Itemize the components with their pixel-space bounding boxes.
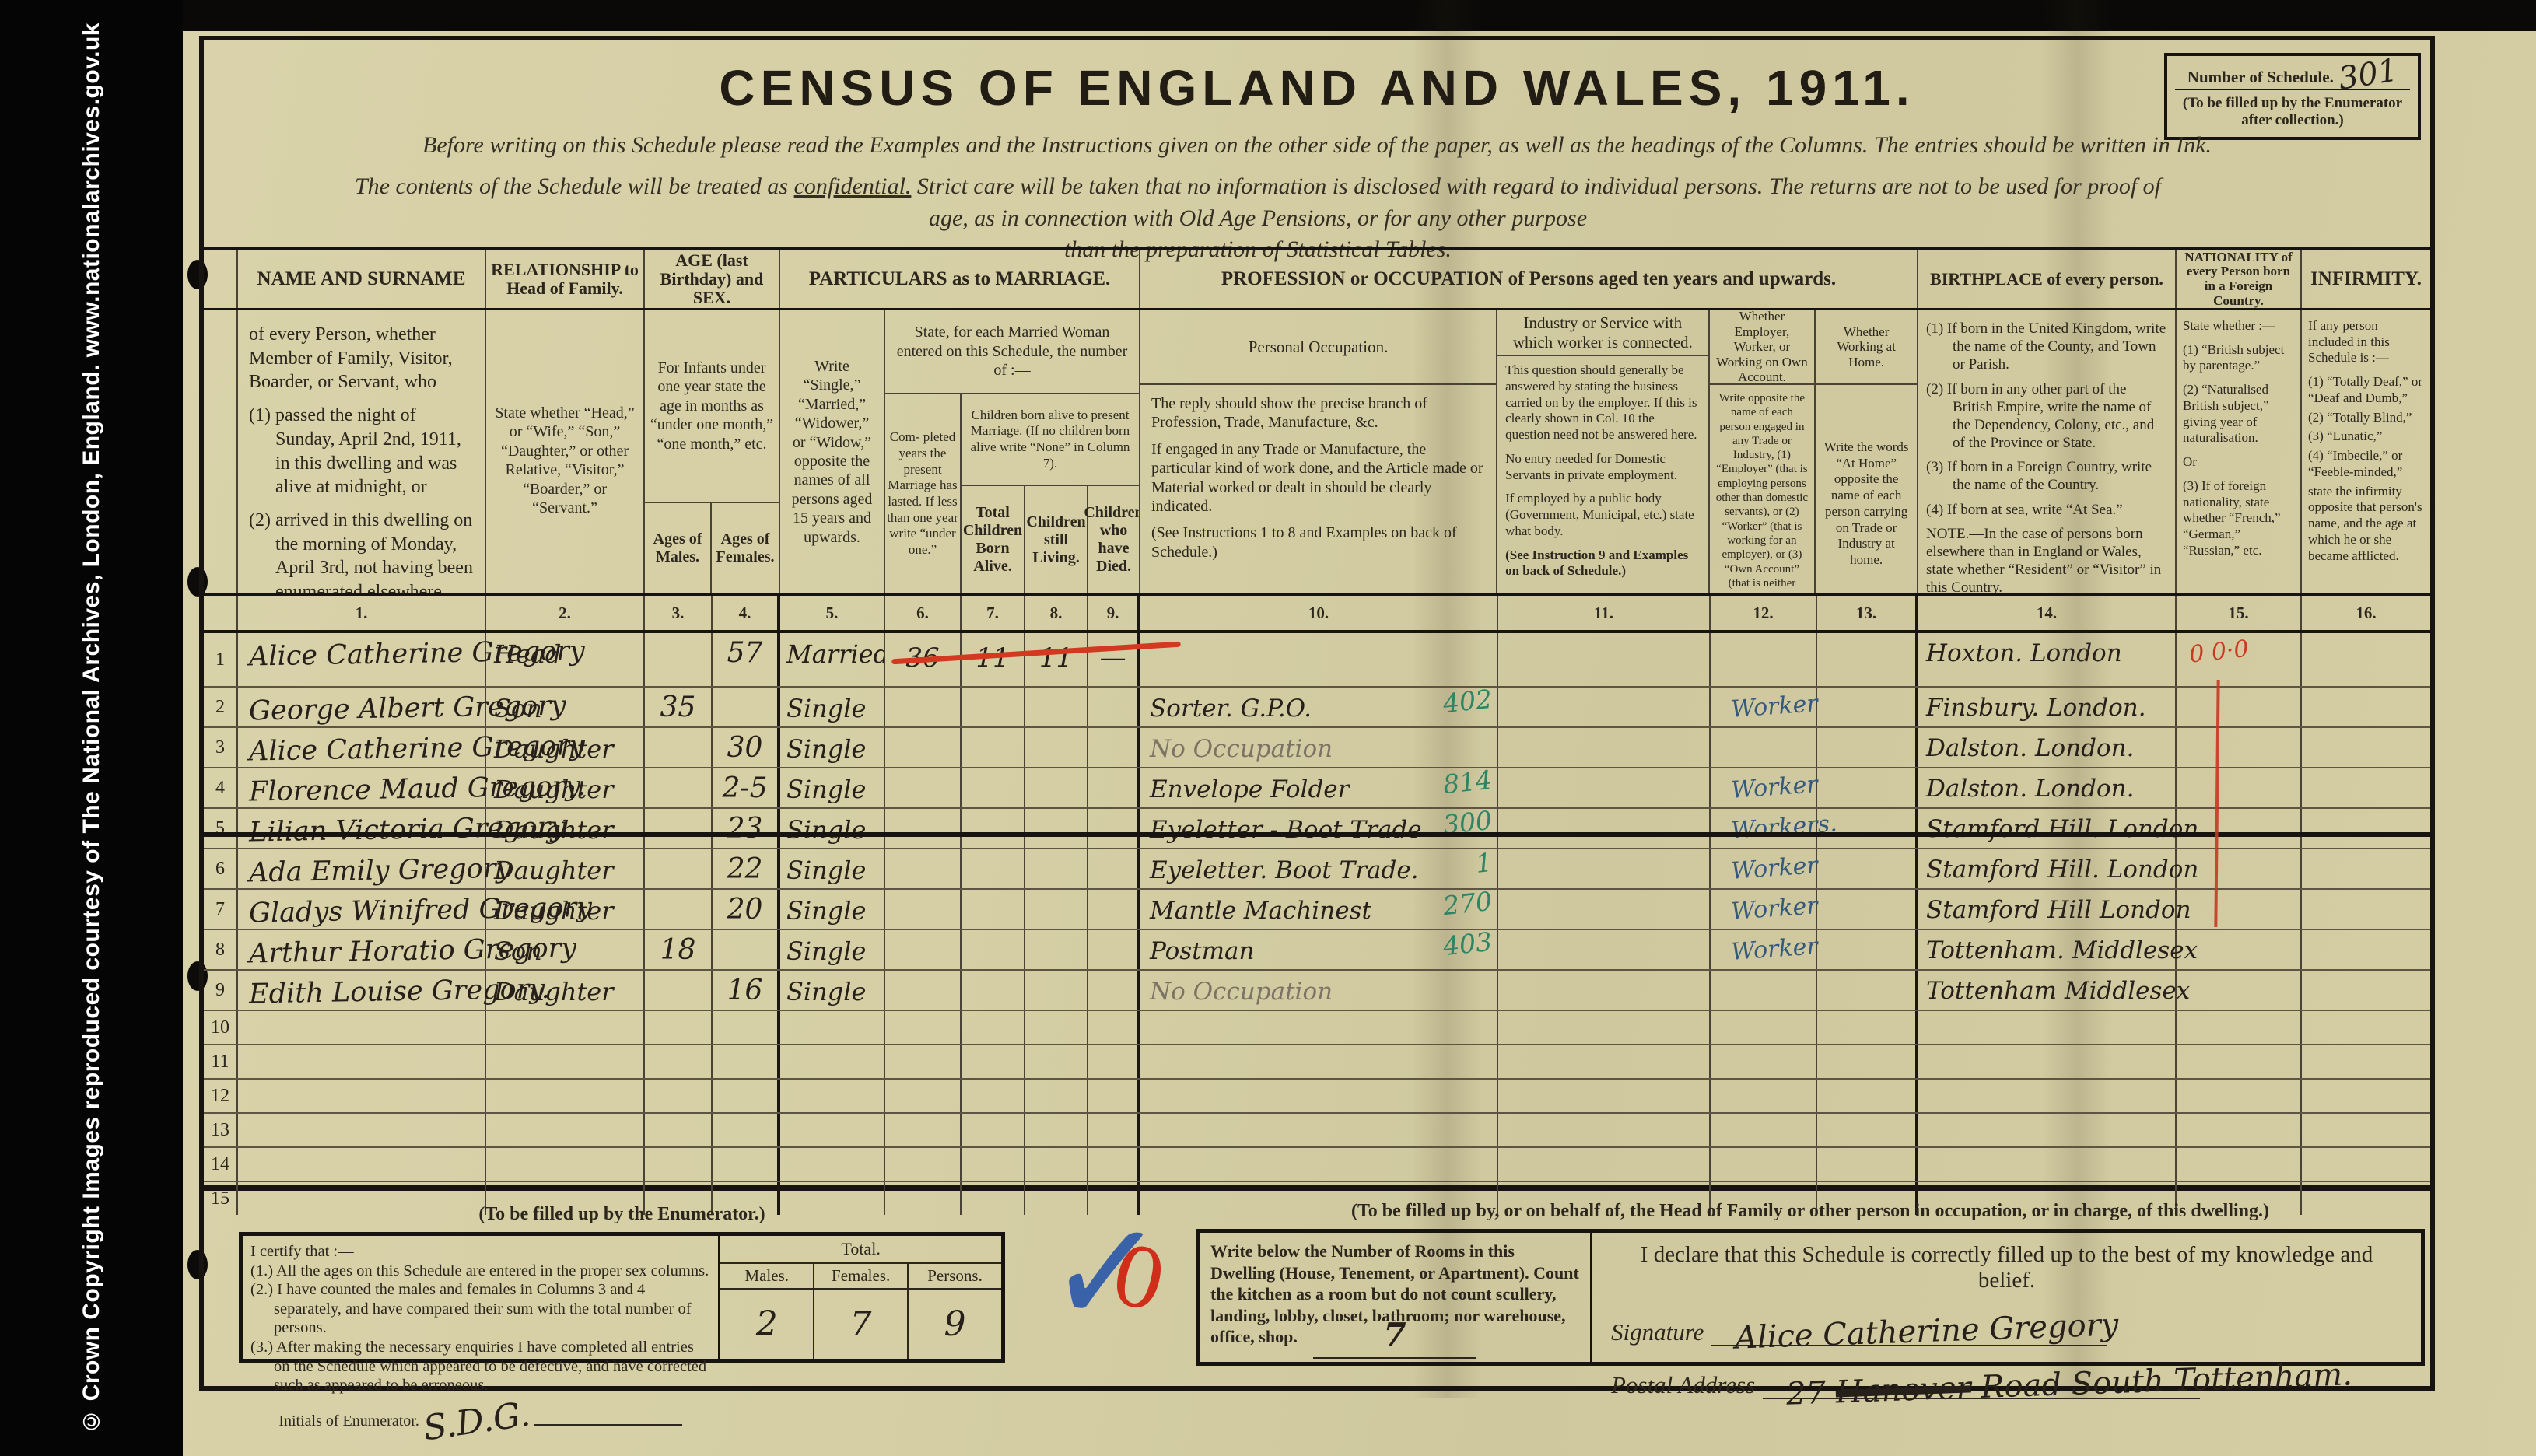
table-row-empty: 13 bbox=[204, 1114, 2430, 1148]
marriage-write-label: Write “Single,” “Married,” “Widower,” or… bbox=[780, 310, 885, 593]
cell-employer-status: Worker bbox=[1710, 765, 1817, 805]
cell-relationship: Daughter bbox=[486, 971, 643, 1006]
birthplace-p4: (4) If born at sea, write “At Sea.” bbox=[1926, 501, 2167, 519]
postal-street: Road South Tottenham. bbox=[1981, 1356, 2353, 1405]
occupation-p2: If engaged in any Trade or Manufacture, … bbox=[1151, 440, 1485, 516]
copyright-strip: © Crown Copyright Images reproduced cour… bbox=[0, 0, 183, 1456]
cell-name: George Albert Gregory bbox=[238, 685, 485, 727]
colnum-15: 15. bbox=[2177, 596, 2302, 630]
name-intro: of every Person, whether Member of Famil… bbox=[249, 323, 475, 394]
declaration-text: I declare that this Schedule is correctl… bbox=[1611, 1242, 2402, 1293]
row-number: 7 bbox=[204, 890, 238, 929]
nationality-column-instructions: State whether :— (1) “British subject by… bbox=[2177, 310, 2302, 593]
cell-age-female: 30 bbox=[713, 728, 777, 764]
completed-years-label: Com- pleted years the present Marriage h… bbox=[885, 394, 962, 593]
row-number: 5 bbox=[204, 809, 238, 848]
col-age-header: AGE (last Birthday) and SEX. bbox=[645, 250, 780, 308]
colnum-1: 1. bbox=[238, 596, 486, 630]
table-row: 2 George Albert Gregory Son 35 Single So… bbox=[204, 688, 2430, 728]
table-row: 4 Florence Maud Gregory. Daughter 2-5 Si… bbox=[204, 768, 2430, 809]
row-number: 12 bbox=[204, 1080, 238, 1112]
age-body: For Infants under one year state the age… bbox=[645, 310, 779, 502]
row-number: 13 bbox=[204, 1114, 238, 1146]
cell-relationship: Son bbox=[486, 930, 643, 966]
scanned-census-page: © Crown Copyright Images reproduced cour… bbox=[0, 0, 2536, 1456]
cell-occupation-code: 1 bbox=[1474, 847, 1494, 879]
confidential-pre: The contents of the Schedule will be tre… bbox=[355, 173, 794, 199]
cell-occupation: No Occupation bbox=[1140, 971, 1497, 1006]
males-label: Males. bbox=[720, 1264, 813, 1290]
signature-rule: Alice Catherine Gregory bbox=[1711, 1309, 2107, 1346]
table-row-empty: 12 bbox=[204, 1080, 2430, 1114]
table-row: 6 Ada Emily Gregory Daughter 22 Single E… bbox=[204, 849, 2430, 890]
athome-title: Whether Working at Home. bbox=[1816, 310, 1917, 385]
birthplace-p1: (1) If born in the United Kingdom, write… bbox=[1926, 320, 2167, 374]
cell-marital: Married bbox=[780, 633, 884, 669]
cell-marital: Single bbox=[780, 688, 884, 723]
row-number: 3 bbox=[204, 728, 238, 767]
signature-label: Signature bbox=[1611, 1318, 1704, 1346]
cell-birthplace: Hoxton. London bbox=[1918, 633, 2175, 667]
birthplace-note: NOTE.—In the case of persons born elsewh… bbox=[1926, 525, 2167, 593]
initials-label: Initials of Enumerator. bbox=[278, 1412, 419, 1430]
occupation-p1: The reply should show the precise branch… bbox=[1151, 394, 1485, 432]
children-living-label: Children still Living. bbox=[1025, 486, 1088, 593]
cell-occupation-code: 403 bbox=[1441, 926, 1494, 961]
relationship-column-instructions: State whether “Head,” or “Wife,” “Son,” … bbox=[486, 310, 645, 593]
row-number: 9 bbox=[204, 971, 238, 1010]
cell-name: Gladys Winifred Gregory bbox=[238, 887, 485, 929]
declaration-area: I declare that this Schedule is correctl… bbox=[1592, 1233, 2421, 1362]
employer-title: Whether Employer, Worker, or Working on … bbox=[1710, 310, 1815, 385]
ages-of-males-label: Ages of Males. bbox=[645, 503, 712, 593]
females-value: 7 bbox=[850, 1304, 872, 1344]
cell-birthplace: Tottenham Middlesex bbox=[1918, 971, 2175, 1005]
census-paper: Number of Schedule. 301 (To be filled up… bbox=[183, 0, 2536, 1456]
table-group-header-row: NAME AND SURNAME RELATIONSHIP to Head of… bbox=[204, 250, 2430, 310]
colnum-7: 7. bbox=[962, 596, 1025, 630]
table-row: 5 Lilian Victoria Gregory Daughter 23 Si… bbox=[204, 809, 2430, 849]
cell-relationship: Daughter bbox=[486, 768, 643, 804]
children-died-label: Children who have Died. bbox=[1088, 486, 1139, 593]
postal-struck-word: Hanover bbox=[1835, 1370, 1971, 1410]
birthplace-p2: (2) If born in any other part of the Bri… bbox=[1926, 380, 2167, 453]
row-number: 6 bbox=[204, 849, 238, 888]
initials-value: S.D.G. bbox=[421, 1394, 533, 1449]
cell-age-female: 57 bbox=[713, 633, 777, 669]
colnum-14: 14. bbox=[1918, 596, 2177, 630]
cell-name: Alice Catherine Gregory bbox=[238, 726, 485, 768]
colnum-5: 5. bbox=[780, 596, 885, 630]
marriage-column-instructions: Write “Single,” “Married,” “Widower,” or… bbox=[780, 310, 1140, 593]
infirmity-p2: (2) “Totally Blind,” bbox=[2308, 410, 2424, 426]
colnum-4: 4. bbox=[713, 596, 780, 630]
table-row: 8 Arthur Horatio Gregory Son 18 Single P… bbox=[204, 930, 2430, 971]
cell-occupation-code: 270 bbox=[1441, 886, 1494, 921]
males-value: 2 bbox=[756, 1304, 778, 1344]
totals-females-column: Females. 7 bbox=[814, 1264, 909, 1359]
cell-occupation-code: 814 bbox=[1441, 765, 1494, 800]
cell-name: Alice Catherine Gregory bbox=[238, 631, 485, 673]
cell-birthplace: Finsbury. London. bbox=[1918, 688, 2175, 722]
cell-nationality-red-mark: 0 0·0 bbox=[2175, 627, 2301, 670]
initials-rule bbox=[534, 1419, 682, 1426]
table-row: 7 Gladys Winifred Gregory Daughter 20 Si… bbox=[204, 890, 2430, 930]
colnum-3: 3. bbox=[645, 596, 713, 630]
persons-value: 9 bbox=[944, 1304, 966, 1344]
industry-p4: (See Instruction 9 and Examples on back … bbox=[1505, 548, 1700, 579]
cell-children-died: — bbox=[1088, 633, 1137, 674]
totals-persons-column: Persons. 9 bbox=[909, 1264, 1001, 1359]
col-nationality-header: NATIONALITY of every Person born in a Fo… bbox=[2177, 250, 2302, 308]
postal-address-value: 27 Hanover Road South Tottenham. bbox=[1786, 1356, 2353, 1412]
industry-title: Industry or Service with which worker is… bbox=[1497, 310, 1708, 356]
industry-p2: No entry needed for Domestic Servants in… bbox=[1505, 451, 1700, 483]
cell-relationship: Head bbox=[486, 633, 643, 669]
employer-body: Write opposite the name of each person e… bbox=[1710, 385, 1815, 593]
col-infirmity-header: INFIRMITY. bbox=[2302, 250, 2430, 308]
table-row: 9 Edith Louise Gregory. Daughter 16 Sing… bbox=[204, 971, 2430, 1011]
totals-males-column: Males. 2 bbox=[720, 1264, 814, 1359]
cell-birthplace: Tottenham. Middlesex bbox=[1918, 930, 2175, 964]
row-number: 1 bbox=[204, 633, 238, 686]
enumerator-section-heading: (To be filled up by the Enumerator.) bbox=[239, 1204, 1005, 1225]
dwelling-box: Write below the Number of Rooms in this … bbox=[1196, 1229, 2425, 1366]
colnum-blank bbox=[204, 596, 238, 630]
cell-birthplace: Stamford Hill London bbox=[1918, 890, 2175, 924]
cell-marital: Single bbox=[780, 768, 884, 804]
cell-age-female: 16 bbox=[713, 971, 777, 1006]
enumerator-box: I certify that :— (1.) All the ages on t… bbox=[239, 1232, 1005, 1363]
postal-address-rule: 27 Hanover Road South Tottenham. bbox=[1763, 1362, 2200, 1399]
row-number: 14 bbox=[204, 1148, 238, 1181]
industry-p1: This question should generally be answer… bbox=[1505, 362, 1700, 443]
postal-number: 27 bbox=[1786, 1375, 1827, 1412]
cell-occupation-code: 402 bbox=[1441, 684, 1494, 719]
cell-marital: Single bbox=[780, 971, 884, 1006]
colnum-12: 12. bbox=[1711, 596, 1817, 630]
cell-marital: Single bbox=[780, 809, 884, 845]
col-profession-header: PROFESSION or OCCUPATION of Persons aged… bbox=[1140, 250, 1918, 308]
table-row-empty: 14 bbox=[204, 1148, 2430, 1182]
colnum-8: 8. bbox=[1025, 596, 1088, 630]
cell-employer-status: Worker bbox=[1710, 684, 1817, 724]
cell-birthplace: Stamford Hill. London bbox=[1918, 809, 2175, 843]
certify-item-3: (3.) After making the necessary enquirie… bbox=[250, 1338, 710, 1395]
name-column-instructions: of every Person, whether Member of Famil… bbox=[238, 310, 486, 593]
cell-birthplace: Dalston. London. bbox=[1918, 768, 2175, 803]
cell-name: Arthur Horatio Gregory bbox=[238, 928, 485, 970]
colnum-6: 6. bbox=[885, 596, 962, 630]
occupation-p3: (See Instructions 1 to 8 and Examples on… bbox=[1151, 523, 1485, 562]
females-label: Females. bbox=[814, 1264, 907, 1290]
birthplace-column-instructions: (1) If born in the United Kingdom, write… bbox=[1918, 310, 2177, 593]
personal-occupation-title: Personal Occupation. bbox=[1140, 310, 1496, 385]
cell-age-female: 22 bbox=[713, 849, 777, 885]
cell-marital: Single bbox=[780, 930, 884, 966]
table-instruction-row: of every Person, whether Member of Famil… bbox=[204, 310, 2430, 596]
row-number-column-header bbox=[204, 250, 238, 308]
colnum-10: 10. bbox=[1140, 596, 1498, 630]
ages-of-females-label: Ages of Females. bbox=[712, 503, 779, 593]
cell-relationship: Daughter bbox=[486, 890, 643, 926]
persons-label: Persons. bbox=[909, 1264, 1001, 1290]
table-row: 3 Alice Catherine Gregory Daughter 30 Si… bbox=[204, 728, 2430, 768]
cell-birthplace: Dalston. London. bbox=[1918, 728, 2175, 762]
cell-occupation: No Occupation bbox=[1140, 728, 1497, 763]
col-birthplace-header: BIRTHPLACE of every person. bbox=[1918, 250, 2177, 308]
cell-name: Ada Emily Gregory bbox=[238, 847, 485, 889]
colnum-13: 13. bbox=[1817, 596, 1918, 630]
nationality-p0: State whether :— bbox=[2183, 318, 2294, 334]
rooms-value: 7 bbox=[1313, 1315, 1476, 1360]
name-item1: (1) passed the night of Sunday, April 2n… bbox=[249, 404, 475, 499]
cell-relationship: Son bbox=[486, 688, 643, 723]
postal-address-label: Postal Address bbox=[1611, 1371, 1755, 1399]
cell-age-male: 35 bbox=[645, 688, 711, 723]
cell-age-female: 2-5 bbox=[713, 768, 777, 804]
rooms-instruction: Write below the Number of Rooms in this … bbox=[1200, 1233, 1592, 1362]
cell-age-female: 23 bbox=[713, 809, 777, 845]
name-item2: (2) arrived in this dwelling on the morn… bbox=[249, 509, 475, 593]
confidential-word: confidential. bbox=[794, 173, 912, 199]
cell-occupation: Eyeletter. Boot Trade. bbox=[1140, 849, 1497, 884]
table-row: 1 Alice Catherine Gregory Head 57 Marrie… bbox=[204, 633, 2430, 688]
enumerator-certification: I certify that :— (1.) All the ages on t… bbox=[243, 1236, 720, 1359]
copyright-text: © Crown Copyright Images reproduced cour… bbox=[79, 23, 105, 1434]
infirmity-p4: (4) “Imbecile,” or “Feeble-minded,” bbox=[2308, 448, 2424, 480]
confidential-post: Strict care will be taken that no inform… bbox=[911, 173, 2161, 231]
birthplace-p3: (3) If born in a Foreign Country, write … bbox=[1926, 458, 2167, 494]
athome-body: Write the words “At Home” opposite the n… bbox=[1816, 385, 1917, 575]
row-number: 4 bbox=[204, 768, 238, 807]
header-instruction: Before writing on this Schedule please r… bbox=[204, 132, 2430, 159]
cell-age-male: 18 bbox=[645, 930, 711, 966]
age-column-instructions: For Infants under one year state the age… bbox=[645, 310, 780, 593]
cell-age-female: 20 bbox=[713, 890, 777, 926]
cell-name: Lilian Victoria Gregory bbox=[238, 807, 485, 849]
cell-marital: Single bbox=[780, 728, 884, 764]
infirmity-p1: (1) “Totally Deaf,” or “Deaf and Dumb,” bbox=[2308, 374, 2424, 406]
cell-birthplace: Stamford Hill. London bbox=[1918, 849, 2175, 884]
infirmity-p3: (3) “Lunatic,” bbox=[2308, 429, 2424, 445]
col-name-header: NAME AND SURNAME bbox=[238, 250, 486, 308]
column-number-row: 1. 2. 3. 4. 5. 6. 7. 8. 9. 10. 11. 12. 1… bbox=[204, 596, 2430, 633]
cell-employer-status: Worker bbox=[1710, 926, 1817, 967]
nationality-or: Or bbox=[2183, 454, 2294, 471]
married-woman-label: State, for each Married Woman entered on… bbox=[885, 310, 1139, 394]
nationality-p2: (2) “Naturalised British subject,” givin… bbox=[2183, 382, 2294, 446]
cell-relationship: Daughter bbox=[486, 809, 643, 845]
row-number: 10 bbox=[204, 1011, 238, 1044]
row-number: 8 bbox=[204, 930, 238, 969]
row-number: 11 bbox=[204, 1045, 238, 1078]
dwelling-section-heading: (To be filled up by, or on behalf of, th… bbox=[1196, 1201, 2425, 1222]
colnum-9: 9. bbox=[1088, 596, 1140, 630]
infirmity-p5: state the infirmity opposite that person… bbox=[2308, 484, 2424, 565]
certify-item-2: (2.) I have counted the males and female… bbox=[250, 1280, 710, 1338]
cell-name: Edith Louise Gregory. bbox=[238, 968, 485, 1010]
totals-title: Total. bbox=[720, 1236, 1001, 1264]
cell-relationship: Daughter bbox=[486, 849, 643, 885]
cell-employer-status: Worker bbox=[1710, 845, 1817, 886]
cell-employer-status: Worker bbox=[1710, 886, 1817, 926]
row-number: 15 bbox=[204, 1182, 238, 1215]
infirmity-column-instructions: If any person included in this Schedule … bbox=[2302, 310, 2430, 593]
scan-edge-top bbox=[183, 0, 2536, 31]
profession-column-instructions: Personal Occupation. The reply should sh… bbox=[1140, 310, 1918, 593]
children-born-label: Children born alive to present Marriage.… bbox=[962, 394, 1139, 485]
infirmity-p0: If any person included in this Schedule … bbox=[2308, 318, 2424, 366]
table-row-empty: 10 bbox=[204, 1011, 2430, 1045]
row-number: 2 bbox=[204, 688, 238, 726]
colnum-2: 2. bbox=[486, 596, 645, 630]
table-row-empty: 11 bbox=[204, 1045, 2430, 1080]
children-born-alive-label: Total Children Born Alive. bbox=[962, 486, 1025, 593]
colnum-11: 11. bbox=[1498, 596, 1711, 630]
page-title: CENSUS OF ENGLAND AND WALES, 1911. bbox=[204, 59, 2430, 117]
colnum-16: 16. bbox=[2302, 596, 2430, 630]
totals-table: Total. Males. 2 Females. 7 Persons. 9 bbox=[720, 1236, 1001, 1359]
col-relationship-header: RELATIONSHIP to Head of Family. bbox=[486, 250, 645, 308]
cell-marital: Single bbox=[780, 849, 884, 885]
row-number-column-blank bbox=[204, 310, 238, 593]
cell-name: Florence Maud Gregory. bbox=[238, 766, 485, 808]
signature-value: Alice Catherine Gregory bbox=[1735, 1307, 2120, 1356]
certify-item-1: (1.) All the ages on this Schedule are e… bbox=[250, 1262, 710, 1281]
industry-p3: If employed by a public body (Government… bbox=[1505, 491, 1700, 539]
cell-marital: Single bbox=[780, 890, 884, 926]
cell-years-married: 36 bbox=[885, 633, 960, 674]
nationality-p3: (3) If of foreign nationality, state whe… bbox=[2183, 478, 2294, 559]
schedule-table: NAME AND SURNAME RELATIONSHIP to Head of… bbox=[204, 247, 2430, 1191]
cell-relationship: Daughter bbox=[486, 728, 643, 764]
schedule-form: Number of Schedule. 301 (To be filled up… bbox=[199, 36, 2435, 1391]
certify-intro: I certify that :— bbox=[250, 1242, 710, 1262]
cell-employer-status: Workers. bbox=[1710, 805, 1817, 845]
nationality-p1: (1) “British subject by parentage.” bbox=[2183, 342, 2294, 374]
relationship-body: State whether “Head,” or “Wife,” “Son,” … bbox=[486, 310, 643, 525]
heavy-rule-under-row5 bbox=[204, 832, 2430, 837]
col-marriage-header: PARTICULARS as to MARRIAGE. bbox=[780, 250, 1140, 308]
